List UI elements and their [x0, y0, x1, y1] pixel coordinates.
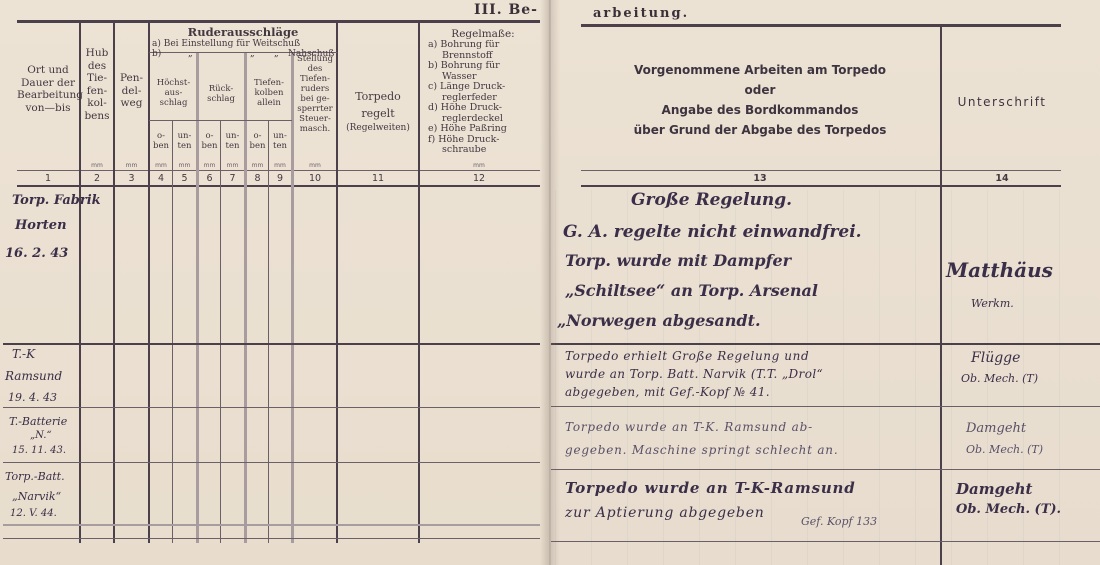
group-line: Tiefen-: [246, 78, 292, 88]
signature: Flügge: [971, 350, 1020, 366]
ruder-line-a: a) Bei Einstellung für Weitschuß: [150, 39, 336, 50]
unit-label: mm: [115, 162, 148, 169]
left-page: III. Be- Ort und Dauer der Bearbeitung v…: [0, 0, 548, 565]
signature-rank: Werkm.: [971, 297, 1014, 310]
entry-place: T.-Batterie: [9, 415, 67, 428]
torpedo-regelt-line: Torpedo: [338, 88, 418, 105]
sub-line: ten: [269, 141, 291, 151]
unit-label: mm: [420, 162, 538, 169]
entry-place: „Narvik“: [12, 490, 61, 503]
stellung-line: sperrter: [293, 104, 337, 114]
hoechstausschlag-header: Höchst- aus- schlag: [150, 78, 197, 108]
column-number: 2: [81, 173, 113, 184]
unit-rule: [581, 170, 1061, 171]
group-line: schlag: [198, 94, 244, 104]
header-top-rule: [17, 20, 540, 23]
col13-header: Vorgenommene Arbeiten am Torpedo oder An…: [581, 60, 939, 140]
signature: Damgeht: [966, 421, 1026, 436]
col2-header-line: kol-: [81, 97, 113, 110]
work-text: G. A. regelte nicht einwandfrei.: [563, 222, 862, 242]
regelmasse-item: d) Höhe Druck-: [428, 103, 538, 114]
group-line: schlag: [150, 98, 197, 108]
stellung-line: masch.: [293, 124, 337, 134]
oben-unten-rule: [149, 120, 292, 121]
section-title-right: arbeitung.: [593, 6, 689, 21]
work-text: „Norwegen abgesandt.: [557, 311, 761, 330]
group-line: Höchst-: [150, 78, 197, 88]
regelmasse-item: a) Bohrung für: [428, 40, 538, 51]
ditto-mark: „: [250, 49, 255, 60]
sub-line: ten: [221, 141, 244, 151]
entry-date: 12. V. 44.: [10, 508, 57, 519]
col1-header-line: Dauer der: [17, 77, 79, 90]
tiefenkolben-header: Tiefen- kolben allein: [246, 78, 292, 108]
column-number: 3: [115, 173, 148, 184]
sub-line: ben: [150, 141, 172, 151]
work-text: Torpedo wurde an T-K-Ramsund: [565, 479, 856, 497]
signature-rank: Ob. Mech. (T).: [956, 502, 1061, 517]
ditto-mark: „: [188, 49, 193, 60]
column-number: 10: [294, 173, 336, 184]
stellung-line: bei ge-: [293, 94, 337, 104]
sub-line: ben: [247, 141, 268, 151]
regelmasse-item-cont: schraube: [428, 145, 538, 156]
sub-line: un-: [173, 131, 196, 141]
row-separator: [551, 541, 1100, 542]
unit-label: mm: [150, 162, 172, 169]
col1-header-line: von—bis: [17, 102, 79, 115]
group-line: allein: [246, 98, 292, 108]
stellung-line: Tiefen-: [293, 74, 337, 84]
stellung-line: ruders: [293, 84, 337, 94]
unit-label: mm: [199, 162, 220, 169]
signature: Matthäus: [946, 258, 1053, 282]
unit-label: mm: [81, 162, 113, 169]
torpedo-regelt-line: regelt: [338, 105, 418, 122]
work-text: Torpedo wurde an T-K. Ramsund ab-: [565, 420, 813, 434]
col2-header-line: bens: [81, 110, 113, 123]
stellung-line: Steuer-: [293, 114, 337, 124]
entry-place: Torp.-Batt.: [5, 470, 65, 483]
sub-line: o-: [247, 131, 268, 141]
unit-label: mm: [294, 162, 336, 169]
right-page: arbeitung. Vorgenommene Arbeiten am Torp…: [551, 0, 1100, 565]
regelmasse-header: Regelmaße: a) Bohrung für Brennstoff b) …: [428, 28, 538, 156]
unit-label: mm: [247, 162, 268, 169]
col-divider-11: [418, 23, 420, 543]
unit-label: mm: [269, 162, 291, 169]
col1-header-line: Bearbeitung: [17, 89, 79, 102]
regelmasse-item: c) Länge Druck-: [428, 82, 538, 93]
signature: Damgeht: [956, 480, 1032, 498]
work-text: Große Regelung.: [631, 190, 792, 210]
column-number: 5: [173, 173, 196, 184]
regelmasse-item: e) Höhe Paßring: [428, 124, 538, 135]
sub-line: o-: [199, 131, 220, 141]
sub-line: ben: [199, 141, 220, 151]
group-line: Rück-: [198, 84, 244, 94]
sub-line: o-: [150, 131, 172, 141]
torpedo-regelt-line: (Regelweiten): [338, 122, 418, 135]
sub-line: ten: [173, 141, 196, 151]
work-text: Torpedo erhielt Große Regelung und: [565, 349, 809, 363]
regelmasse-item: b) Bohrung für: [428, 61, 538, 72]
work-text: zur Aptierung abgegeben: [565, 505, 765, 521]
col-divider-7: [244, 52, 247, 543]
unit-label: mm: [221, 162, 244, 169]
unit-rule: [17, 170, 540, 171]
stellung-header: Stellung des Tiefen- ruders bei ge- sper…: [293, 54, 337, 134]
col7-header: un-ten: [221, 131, 244, 151]
column-number: 9: [269, 173, 291, 184]
ruder-line-b-prefix: b): [152, 49, 161, 59]
col4-header: o-ben: [150, 131, 172, 151]
col9-header: un-ten: [269, 131, 291, 151]
col13-col14-divider: [940, 27, 942, 565]
col1-header-line: Ort und: [17, 64, 79, 77]
entry-date: 16. 2. 43: [5, 246, 68, 261]
group-line: kolben: [246, 88, 292, 98]
work-text: abgegeben, mit Gef.-Kopf № 41.: [565, 385, 770, 399]
unit-label: mm: [173, 162, 196, 169]
column-number: 6: [199, 173, 220, 184]
col3-header-line: weg: [115, 97, 148, 110]
entry-place: T.-K: [12, 347, 35, 361]
row-separator: [3, 524, 540, 526]
sub-line: un-: [269, 131, 291, 141]
entry-place: Ramsund: [5, 369, 62, 383]
entry-date: 15. 11. 43.: [12, 445, 66, 456]
row-separator: [3, 407, 540, 408]
col2-header-line: fen-: [81, 85, 113, 98]
entry-place: Torp. Fabrik: [12, 193, 101, 208]
col3-header: Pen- del- weg: [115, 72, 148, 110]
work-text: Torp. wurde mit Dampfer: [565, 251, 791, 270]
col2-header-line: des: [81, 60, 113, 73]
col13-header-line: Angabe des Bordkommandos: [581, 100, 939, 120]
torpedo-regelt-header: Torpedo regelt (Regelweiten): [338, 88, 418, 135]
col2-header-line: Hub: [81, 47, 113, 60]
warhead-annotation: Gef. Kopf 133: [801, 515, 877, 528]
ruder-title: Ruderausschläge: [150, 26, 336, 39]
work-text: wurde an Torp. Batt. Narvik (T.T. „Drol“: [565, 367, 823, 381]
col5-header: un-ten: [173, 131, 196, 151]
entry-place: „N.“: [30, 430, 52, 441]
stellung-line: des: [293, 64, 337, 74]
column-number: 12: [420, 173, 538, 184]
col3-header-line: del-: [115, 85, 148, 98]
header-top-rule: [581, 24, 1061, 27]
col13-header-line: Vorgenommene Arbeiten am Torpedo: [581, 60, 939, 80]
column-number: 4: [150, 173, 172, 184]
column-number: 13: [581, 173, 939, 184]
sub-line: un-: [221, 131, 244, 141]
column-number: 14: [943, 173, 1061, 184]
row-separator: [551, 469, 1100, 470]
work-text: gegeben. Maschine springt schlecht an.: [565, 443, 838, 457]
col13-header-line: über Grund der Abgabe des Torpedos: [581, 120, 939, 140]
column-number: 11: [338, 173, 418, 184]
work-text: „Schiltsee“ an Torp. Arsenal: [565, 281, 818, 300]
col14-header: Unterschrift: [943, 92, 1061, 112]
column-number: 7: [221, 173, 244, 184]
col1-header: Ort und Dauer der Bearbeitung von—bis: [17, 64, 79, 114]
row-separator: [551, 343, 1100, 345]
row-separator: [551, 406, 1100, 407]
row-separator: [3, 343, 540, 345]
col2-header-line: Tie-: [81, 72, 113, 85]
row-separator: [3, 538, 540, 539]
rueckschlag-header: Rück- schlag: [198, 84, 244, 104]
col3-header-line: Pen-: [115, 72, 148, 85]
col-divider-5: [196, 52, 199, 543]
signature-rank: Ob. Mech. (T): [961, 372, 1038, 385]
signature-rank: Ob. Mech. (T): [966, 443, 1043, 456]
entry-date: 19. 4. 43: [8, 391, 57, 404]
column-number: 8: [247, 173, 268, 184]
ditto-mark: „: [274, 49, 279, 60]
col6-header: o-ben: [199, 131, 220, 151]
col8-header: o-ben: [247, 131, 268, 151]
row-separator: [3, 462, 540, 463]
stellung-line: Stellung: [293, 54, 337, 64]
entry-place: Horten: [15, 218, 67, 233]
column-number: 1: [17, 173, 79, 184]
section-title-left: III. Be-: [474, 2, 538, 18]
group-line: aus-: [150, 88, 197, 98]
header-bottom-rule: [17, 185, 540, 187]
col2-header: Hub des Tie- fen- kol- bens: [81, 47, 113, 122]
col13-header-line: oder: [581, 80, 939, 100]
header-bottom-rule: [581, 185, 1061, 187]
